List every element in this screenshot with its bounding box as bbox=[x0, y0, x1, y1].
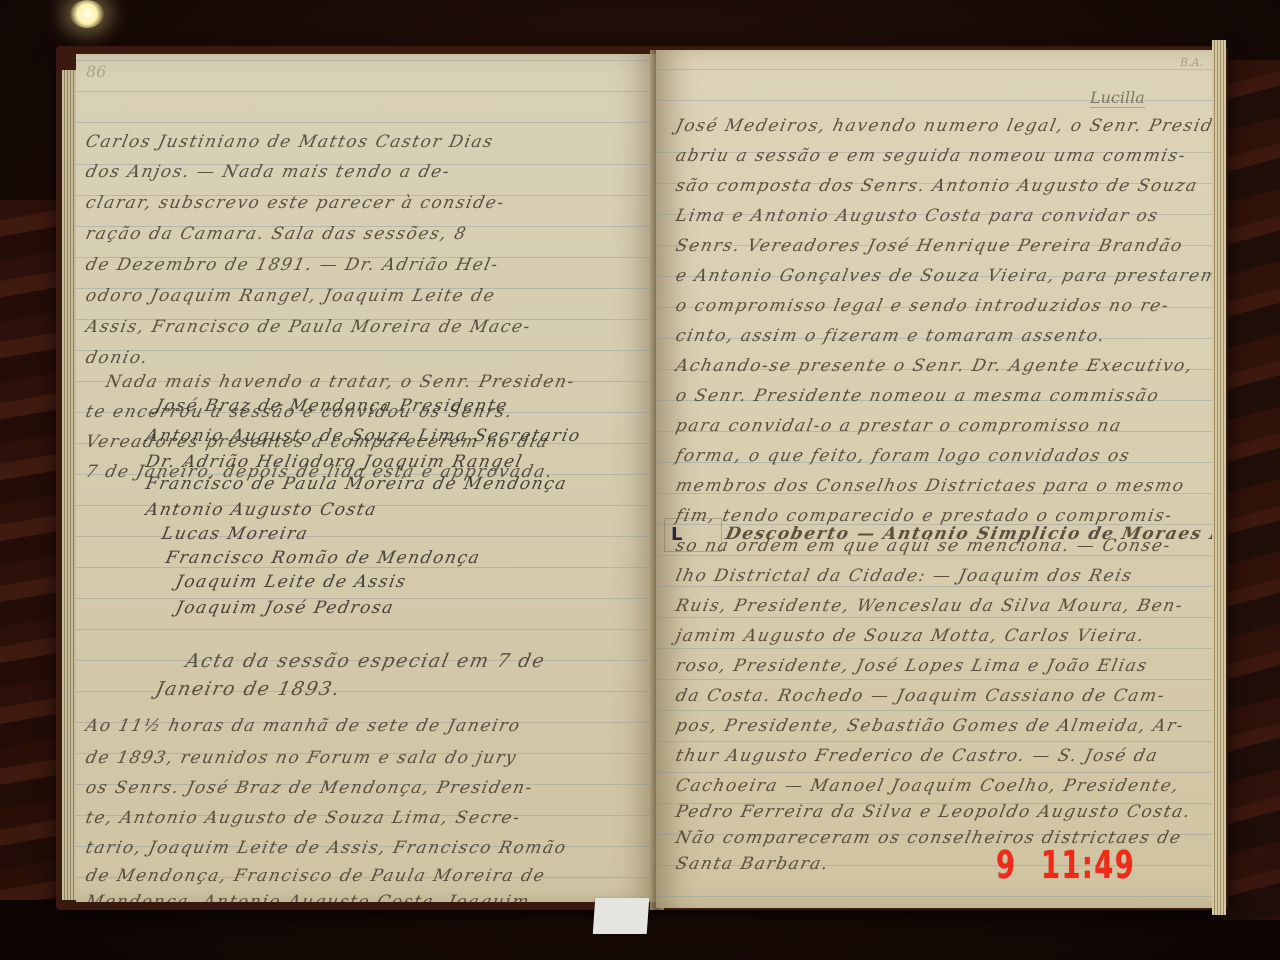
signature: Antonio Augusto Costa bbox=[144, 500, 379, 520]
manuscript-line: Senrs. Vereadores José Henrique Pereira … bbox=[674, 236, 1185, 256]
manuscript-line: de 1893, reunidos no Forum e sala do jur… bbox=[84, 748, 519, 768]
signature: Joaquim José Pedrosa bbox=[174, 598, 396, 618]
manuscript-line: clarar, subscrevo este parecer à conside… bbox=[84, 193, 507, 213]
manuscript-line: Carlos Justiniano de Mattos Castor Dias bbox=[84, 132, 496, 152]
manuscript-line: Assis, Francisco de Paula Moreira de Mac… bbox=[84, 317, 533, 337]
background-carpet-right bbox=[1220, 60, 1280, 920]
left-page: 86 Carlos Justiniano de Mattos Castor Di… bbox=[76, 54, 656, 902]
background-carpet-left bbox=[0, 200, 62, 900]
camera-timestamp: 911:49 bbox=[996, 843, 1135, 887]
manuscript-line: jamim Augusto de Souza Motta, Carlos Vie… bbox=[674, 626, 1147, 646]
manuscript-line: ração da Camara. Sala das sessões, 8 bbox=[84, 224, 469, 244]
page-edges-right bbox=[1212, 40, 1226, 915]
corner-mark: B.A. bbox=[1180, 56, 1203, 69]
manuscript-line: dos Anjos. — Nada mais tendo a de- bbox=[84, 162, 452, 182]
signature: Lucas Moreira bbox=[160, 524, 311, 544]
manuscript-line: thur Augusto Frederico de Castro. — S. J… bbox=[674, 746, 1160, 766]
manuscript-line: os Senrs. José Braz de Mendonça, Preside… bbox=[84, 778, 535, 798]
manuscript-line: donio. bbox=[84, 348, 151, 368]
manuscript-line: Ruis, Presidente, Wenceslau da Silva Mou… bbox=[674, 596, 1185, 616]
manuscript-line: fim, tendo comparecido e prestado o comp… bbox=[674, 506, 1175, 526]
manuscript-line: José Medeiros, havendo numero legal, o S… bbox=[674, 116, 1212, 136]
manuscript-line: pos, Presidente, Sebastião Gomes de Alme… bbox=[674, 716, 1186, 736]
manuscript-line: Descoberto — Antonio Simplicio de Moraes… bbox=[724, 524, 1212, 544]
manuscript-line: Pedro Ferreira da Silva e Leopoldo Augus… bbox=[674, 802, 1193, 822]
signature: Antonio Augusto de Souza Lima Secretario bbox=[144, 426, 583, 446]
signature: Francisco de Paula Moreira de Mendonça bbox=[144, 474, 569, 494]
manuscript-line: abriu a sessão e em seguida nomeou uma c… bbox=[674, 146, 1188, 166]
manuscript-line: Cachoeira — Manoel Joaquim Coelho, Presi… bbox=[674, 776, 1182, 796]
manuscript-line: são composta dos Senrs. Antonio Augusto … bbox=[674, 176, 1200, 196]
manuscript-line: para convidal-o a prestar o compromisso … bbox=[674, 416, 1124, 436]
manuscript-line: de Mendonça, Francisco de Paula Moreira … bbox=[84, 866, 548, 886]
manuscript-line: te, Antonio Augusto de Souza Lima, Secre… bbox=[84, 808, 523, 828]
manuscript-line: da Costa. Rochedo — Joaquim Cassiano de … bbox=[674, 686, 1167, 706]
signature: Joaquim Leite de Assis bbox=[174, 572, 409, 592]
manuscript-line: tario, Joaquim Leite de Assis, Francisco… bbox=[84, 838, 569, 858]
manuscript-line: o compromisso legal e sendo introduzidos… bbox=[674, 296, 1172, 316]
timestamp-day: 9 bbox=[996, 843, 1016, 887]
ceiling-lamp-glare bbox=[70, 0, 104, 28]
manuscript-line: Santa Barbara. bbox=[674, 854, 831, 874]
page-edges-left bbox=[62, 70, 76, 900]
heading-line: Acta da sessão especial em 7 de bbox=[184, 650, 548, 672]
manuscript-line: e Antonio Gonçalves de Souza Vieira, par… bbox=[674, 266, 1212, 286]
signature: Dr. Adrião Heliodoro Joaquim Rangel bbox=[144, 452, 525, 472]
manuscript-line: Lima e Antonio Augusto Costa para convid… bbox=[674, 206, 1161, 226]
signature: Francisco Romão de Mendonça bbox=[164, 548, 483, 568]
manuscript-line: roso, Presidente, José Lopes Lima e João… bbox=[674, 656, 1150, 676]
right-page: Lucilla B.A. L José Medeiros, havendo nu… bbox=[656, 50, 1212, 908]
manuscript-line: odoro Joaquim Rangel, Joaquim Leite de bbox=[84, 286, 498, 306]
timestamp-time: 11:49 bbox=[1041, 843, 1135, 887]
signature: José Braz de Mendonça Presidente bbox=[154, 396, 510, 416]
heading-line: Janeiro de 1893. bbox=[154, 678, 343, 700]
folio-note: Lucilla bbox=[1090, 88, 1145, 108]
page-number: 86 bbox=[86, 62, 106, 81]
manuscript-line: cinto, assim o fizeram e tomaram assento… bbox=[674, 326, 1108, 346]
manuscript-line: lho Districtal da Cidade: — Joaquim dos … bbox=[674, 566, 1135, 586]
manuscript-line: Ao 11½ horas da manhã de sete de Janeiro bbox=[84, 716, 523, 736]
manuscript-line: membros dos Conselhos Districtaes para o… bbox=[674, 476, 1187, 496]
manuscript-line: Nada mais havendo a tratar, o Senr. Pres… bbox=[104, 372, 577, 392]
manuscript-line: forma, o que feito, foram logo convidado… bbox=[674, 446, 1132, 466]
manuscript-line: de Dezembro de 1891. — Dr. Adrião Hel- bbox=[84, 255, 501, 275]
manuscript-line: Achando-se presente o Senr. Dr. Agente E… bbox=[674, 356, 1195, 376]
manuscript-line: Mendonça, Antonio Augusto Costa, Joaquim bbox=[84, 892, 532, 902]
paper-tab-marker bbox=[593, 898, 650, 934]
manuscript-line: o Senr. Presidente nomeou a mesma commis… bbox=[674, 386, 1162, 406]
